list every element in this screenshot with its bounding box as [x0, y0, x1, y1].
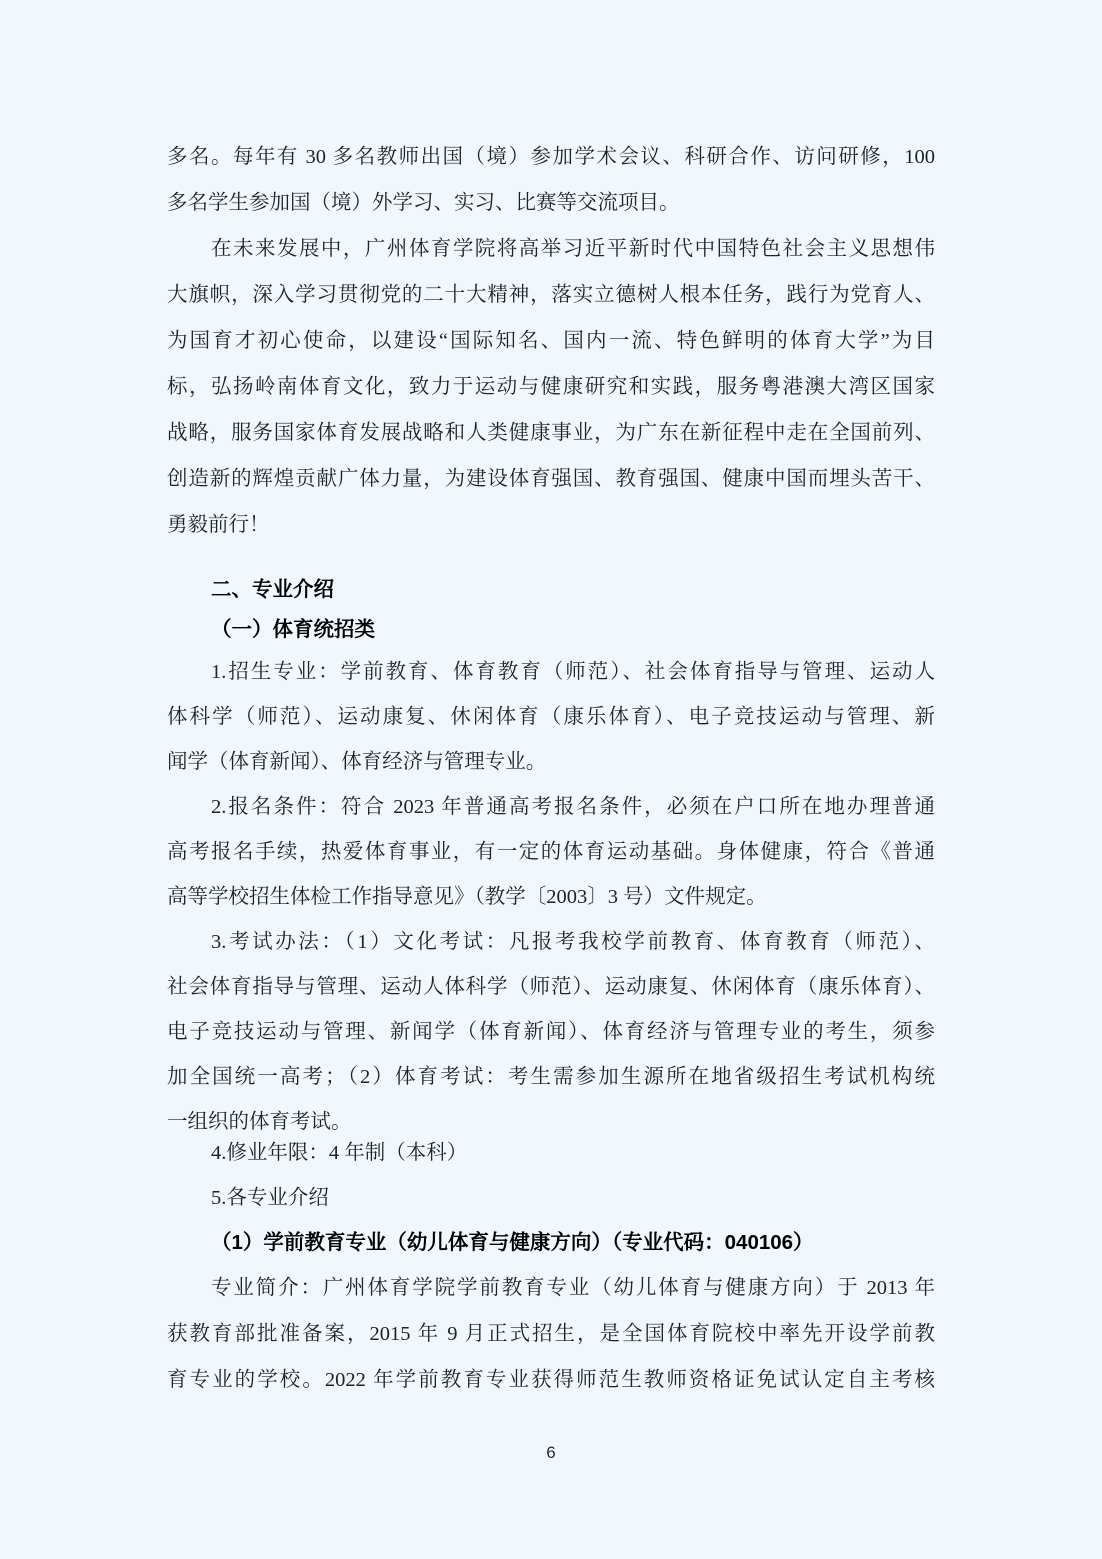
doc-line: 5.各专业介绍 [167, 1176, 935, 1221]
doc-line: 战略，服务国家体育发展战略和人类健康事业，为广东在新征程中走在全国前列、 [167, 410, 935, 456]
heading-sport-unified-recruitment: （一）体育统招类 [167, 610, 935, 650]
doc-line: 2.报名条件：符合 2023 年普通高考报名条件，必须在户口所在地办理普通 [167, 785, 935, 830]
doc-line: 闻学（体育新闻）、体育经济与管理专业。 [167, 740, 935, 785]
paragraph-future-development: 在未来发展中，广州体育学院将高举习近平新时代中国特色社会主义思想伟 大旗帜，深入… [167, 226, 935, 548]
doc-line: 标，弘扬岭南体育文化，致力于运动与健康研究和实践，服务粤港澳大湾区国家 [167, 364, 935, 410]
heading-preschool-education-major: （1）学前教育专业（幼儿体育与健康方向）（专业代码：040106） [167, 1221, 935, 1265]
doc-line: 4.修业年限：4 年制（本科） [167, 1131, 935, 1176]
paragraph-enrollment-majors: 1.招生专业：学前教育、体育教育（师范）、社会体育指导与管理、运动人 体科学（师… [167, 650, 935, 785]
section-heading-text: （1）学前教育专业（幼儿体育与健康方向）（专业代码：040106） [167, 1221, 935, 1265]
paragraph-international-exchange-continuation: 多名。每年有 30 多名教师出国（境）参加学术会议、科研合作、访问研修，100 … [167, 134, 935, 226]
doc-line: 1.招生专业：学前教育、体育教育（师范）、社会体育指导与管理、运动人 [167, 650, 935, 695]
paragraph-study-duration: 4.修业年限：4 年制（本科） [167, 1131, 935, 1176]
doc-line: 为国育才初心使命，以建设“国际知名、国内一流、特色鲜明的体育大学”为目 [167, 318, 935, 364]
doc-line: 3.考试办法：（1）文化考试：凡报考我校学前教育、体育教育（师范）、 [167, 920, 935, 965]
doc-line: 电子竞技运动与管理、新闻学（体育新闻）、体育经济与管理专业的考生，须参 [167, 1010, 935, 1055]
paragraph-examination-methods: 3.考试办法：（1）文化考试：凡报考我校学前教育、体育教育（师范）、 社会体育指… [167, 920, 935, 1145]
doc-line: 高等学校招生体检工作指导意见》（教学〔2003〕3 号）文件规定。 [167, 875, 935, 920]
document-body: 多名。每年有 30 多名教师出国（境）参加学术会议、科研合作、访问研修，100 … [167, 134, 935, 1403]
doc-line: 体科学（师范）、运动康复、休闲体育（康乐体育）、电子竞技运动与管理、新 [167, 695, 935, 740]
doc-line: 大旗帜，深入学习贯彻党的二十大精神，落实立德树人根本任务，践行为党育人、 [167, 272, 935, 318]
heading-major-introduction: 二、专业介绍 [167, 570, 935, 610]
doc-line: 专业简介：广州体育学院学前教育专业（幼儿体育与健康方向）于 2013 年 [167, 1265, 935, 1311]
doc-line: 在未来发展中，广州体育学院将高举习近平新时代中国特色社会主义思想伟 [167, 226, 935, 272]
doc-line: 获教育部批准备案，2015 年 9 月正式招生，是全国体育院校中率先开设学前教 [167, 1311, 935, 1357]
document-page: 多名。每年有 30 多名教师出国（境）参加学术会议、科研合作、访问研修，100 … [0, 0, 1102, 1559]
doc-line: 育专业的学校。2022 年学前教育专业获得师范生教师资格证免试认定自主考核 [167, 1357, 935, 1403]
doc-line: 勇毅前行！ [167, 502, 935, 548]
paragraph-preschool-major-intro: 专业简介：广州体育学院学前教育专业（幼儿体育与健康方向）于 2013 年 获教育… [167, 1265, 935, 1403]
section-heading-text: 二、专业介绍 [167, 570, 935, 610]
doc-line: 多名。每年有 30 多名教师出国（境）参加学术会议、科研合作、访问研修，100 [167, 134, 935, 180]
doc-line: 多名学生参加国（境）外学习、实习、比赛等交流项目。 [167, 180, 935, 226]
doc-line: 社会体育指导与管理、运动人体科学（师范）、运动康复、休闲体育（康乐体育）、 [167, 965, 935, 1010]
paragraph-registration-requirements: 2.报名条件：符合 2023 年普通高考报名条件，必须在户口所在地办理普通 高考… [167, 785, 935, 920]
page-number: 6 [0, 1441, 1102, 1465]
doc-line: 创造新的辉煌贡献广体力量，为建设体育强国、教育强国、健康中国而埋头苦干、 [167, 456, 935, 502]
doc-line: 高考报名手续，热爱体育事业，有一定的体育运动基础。身体健康，符合《普通 [167, 830, 935, 875]
section-heading-text: （一）体育统招类 [167, 610, 935, 650]
doc-line: 加全国统一高考；（2）体育考试：考生需参加生源所在地省级招生考试机构统 [167, 1055, 935, 1100]
paragraph-majors-intro-lead: 5.各专业介绍 [167, 1176, 935, 1221]
